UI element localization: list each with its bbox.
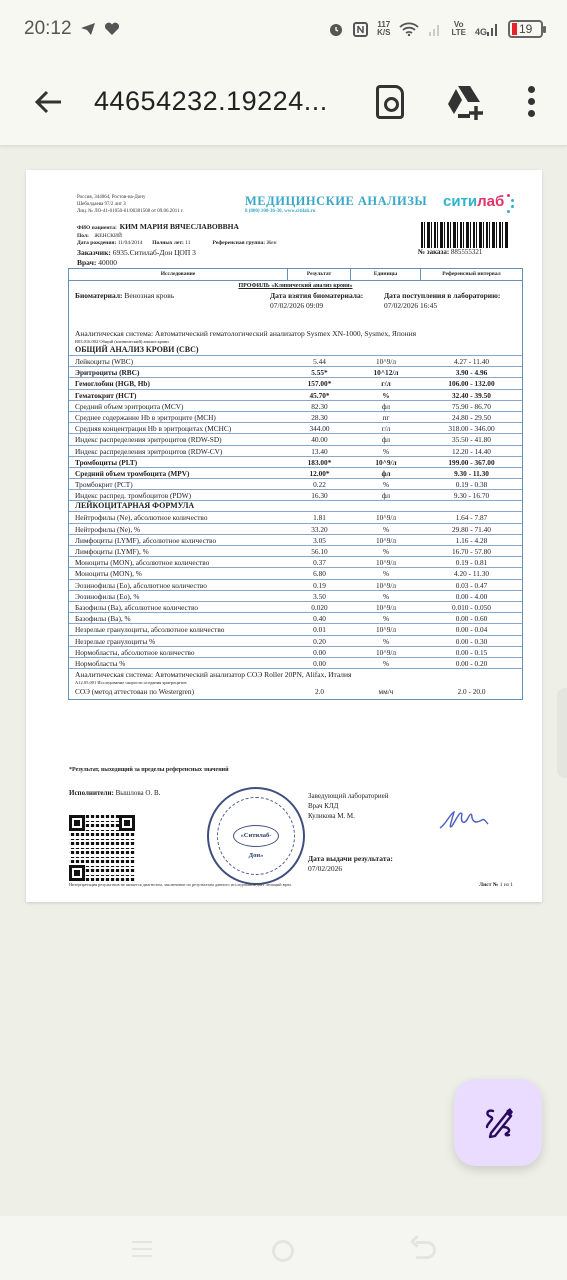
test-unit: фл — [351, 434, 421, 444]
test-name: Средний объем тромбоцита (MPV) — [69, 468, 288, 478]
test-ref-range: 75.90 - 86.70 — [421, 401, 522, 411]
table-row: Нейтрофилы (Ne), абсолютное количество1.… — [69, 511, 522, 522]
alarm-icon — [328, 21, 344, 37]
volte-indicator: VoLTE — [451, 21, 466, 37]
app-bar: 44654232.19224... — [0, 58, 567, 146]
test-ref-range: 4.27 - 11.40 — [421, 356, 522, 366]
test-unit: 10^9/л — [351, 356, 421, 366]
test-ref-range: 9.30 - 11.30 — [421, 468, 522, 478]
table-row: Индекс распределения эритроцитов (RDW-CV… — [69, 445, 522, 456]
order-barcode — [421, 222, 509, 248]
lab-address: Россия, 344064, Ростов-на-Дону Шеболдаев… — [77, 194, 184, 215]
test-name: Индекс распред. тромбоцитов (PDW) — [69, 490, 288, 500]
table-row: Средний объем тромбоцита (MPV)12.00*фл9.… — [69, 467, 522, 478]
test-name: Нормобласты % — [69, 658, 288, 668]
test-ref-range: 1.64 - 7.87 — [421, 512, 522, 522]
clock: 20:12 — [24, 18, 72, 40]
test-name: Нейтрофилы (Ne), абсолютное количество — [69, 512, 288, 522]
test-unit: фл — [351, 468, 421, 478]
test-name: Тромбокрит (PCT) — [69, 479, 288, 489]
edit-draw-icon — [483, 1107, 513, 1139]
home-circle-icon[interactable] — [272, 1240, 294, 1262]
lab-stamp: «Ситилаб-Дон» — [207, 787, 305, 885]
test-ref-range: 3.90 - 4.96 — [421, 367, 522, 377]
table-row: Эозинофилы (Eo), абсолютное количество0.… — [69, 579, 522, 590]
status-bar: 20:12 117K/S VoLTE 4G 19 — [0, 0, 567, 58]
find-in-document-icon[interactable] — [376, 85, 404, 119]
test-ref-range: 106.00 - 132.00 — [421, 378, 522, 388]
table-row: Лимфоциты (LYMF), %56.10%16.70 - 57.80 — [69, 545, 522, 556]
test-ref-range: 0.00 - 0.04 — [421, 624, 522, 634]
wifi-icon — [399, 22, 419, 36]
test-unit: % — [351, 390, 421, 400]
test-ref-range: 0.00 - 0.15 — [421, 647, 522, 657]
table-row: Моноциты (MON), абсолютное количество0.3… — [69, 556, 522, 567]
test-ref-range: 0.00 - 0.60 — [421, 613, 522, 623]
test-result: 6.80 — [288, 568, 351, 578]
test-result: 45.70* — [288, 390, 351, 400]
executors: Исполнители: Вышлова О. В. — [69, 789, 160, 797]
analytic-system: Аналитическая система: Автоматический ге… — [69, 329, 522, 338]
test-ref-range: 9.30 - 16.70 — [421, 490, 522, 500]
test-unit: % — [351, 568, 421, 578]
test-result: 0.020 — [288, 602, 351, 612]
table-header: Исследование Результат Единицы Референсн… — [69, 269, 522, 281]
test-name: Нормобласты, абсолютное количество — [69, 647, 288, 657]
test-unit: пг — [351, 412, 421, 422]
test-ref-range: 0.00 - 0.20 — [421, 658, 522, 668]
system-nav-bar — [0, 1216, 567, 1280]
table-row: Индекс распределения эритроцитов (RDW-SD… — [69, 433, 522, 444]
test-ref-range: 0.00 - 4.00 — [421, 591, 522, 601]
test-unit: г/л — [351, 423, 421, 433]
test-name: Лимфоциты (LYMF), абсолютное количество — [69, 535, 288, 545]
document-title: 44654232.19224... — [94, 86, 328, 117]
test-name: Среднее содержание Hb в эритроците (MCH) — [69, 412, 288, 422]
table-row: Лимфоциты (LYMF), абсолютное количество3… — [69, 534, 522, 545]
add-to-drive-icon[interactable] — [446, 84, 486, 120]
test-result: 82.30 — [288, 401, 351, 411]
test-name: Эозинофилы (Eo), абсолютное количество — [69, 580, 288, 590]
test-name: Индекс распределения эритроцитов (RDW-CV… — [69, 446, 288, 456]
section-leuko: ЛЕЙКОЦИТАРНАЯ ФОРМУЛА — [69, 500, 522, 511]
citilab-logo: ситилаб — [443, 193, 504, 210]
biomaterial-info: Биоматериал: Венозная кровь Дата взятия … — [69, 291, 522, 329]
test-ref-range: 4.20 - 11.30 — [421, 568, 522, 578]
test-ref-range: 16.70 - 57.80 — [421, 546, 522, 556]
table-row: Моноциты (MON), %6.80%4.20 - 11.30 — [69, 567, 522, 578]
test-result: 5.44 — [288, 356, 351, 366]
table-row: Гематокрит (HCT)45.70*%32.40 - 39.50 — [69, 389, 522, 400]
heart-icon — [104, 22, 120, 36]
test-name: Гематокрит (HCT) — [69, 390, 288, 400]
test-result: 0.20 — [288, 636, 351, 646]
test-result: 3.50 — [288, 591, 351, 601]
test-unit: 10^9/л — [351, 602, 421, 612]
test-result: 3.05 — [288, 535, 351, 545]
test-ref-range: 0.19 - 0.38 — [421, 479, 522, 489]
analytic-system-esr: Аналитическая система: Автоматический ан… — [69, 670, 522, 679]
test-unit: % — [351, 446, 421, 456]
test-unit: г/л — [351, 378, 421, 388]
brand-header: МЕДИЦИНСКИЕ АНАЛИЗЫ 8 (800) 100-36-30, w… — [245, 194, 427, 214]
results-table: Исследование Результат Единицы Референсн… — [68, 268, 523, 700]
qr-code — [69, 815, 135, 881]
test-result: 40.00 — [288, 434, 351, 444]
test-unit: 10^9/л — [351, 535, 421, 545]
profile-title: ПРОФИЛЬ «Клинический анализ крови» — [69, 281, 522, 291]
test-result: 28.30 — [288, 412, 351, 422]
lab-chief: Заведующий лабораторией Врач КЛД Куликов… — [308, 791, 388, 821]
signal-icon — [428, 22, 442, 36]
test-ref-range: 12.20 - 14.40 — [421, 446, 522, 456]
test-unit: 10^12/л — [351, 367, 421, 377]
test-result: 157.00* — [288, 378, 351, 388]
back-icon[interactable] — [416, 1241, 436, 1259]
test-result: 0.37 — [288, 557, 351, 567]
test-result: 0.19 — [288, 580, 351, 590]
test-result: 183.00* — [288, 457, 351, 467]
table-row: Эозинофилы (Eo), %3.50%0.00 - 4.00 — [69, 590, 522, 601]
test-result: 33.20 — [288, 524, 351, 534]
table-row: Лейкоциты (WBC)5.4410^9/л4.27 - 11.40 — [69, 355, 522, 366]
nfc-icon — [353, 22, 368, 37]
telegram-icon — [80, 22, 96, 36]
table-row: Тромбоциты (PLT)183.00*10^9/л199.00 - 36… — [69, 456, 522, 467]
analytic-code-esr: A12.05.001 Исследование скорости оседани… — [69, 679, 522, 686]
table-row: Индекс распред. тромбоцитов (PDW)16.30фл… — [69, 489, 522, 500]
test-name: Лейкоциты (WBC) — [69, 356, 288, 366]
test-name: Эритроциты (RBC) — [69, 367, 288, 377]
test-name: Незрелые гранулоциты, абсолютное количес… — [69, 624, 288, 634]
section-cbc: ОБЩИЙ АНАЛИЗ КРОВИ (CBC) — [69, 345, 522, 355]
table-row: Незрелые гранулоциты, абсолютное количес… — [69, 623, 522, 634]
pdf-page: Россия, 344064, Ростов-на-Дону Шеболдаев… — [26, 170, 542, 902]
test-unit: % — [351, 658, 421, 668]
test-result: 13.40 — [288, 446, 351, 456]
more-vert-icon[interactable] — [528, 86, 536, 122]
test-unit: % — [351, 524, 421, 534]
test-ref-range: 0.19 - 0.81 — [421, 557, 522, 567]
test-unit: % — [351, 546, 421, 556]
test-name: Нейтрофилы (Ne), % — [69, 524, 288, 534]
test-name: Средний объем эритроцита (MCV) — [69, 401, 288, 411]
test-result: 0.00 — [288, 647, 351, 657]
logo-dots-icon — [507, 194, 515, 214]
test-name: Средняя концентрация Hb в эритроцитах (M… — [69, 423, 288, 433]
test-unit: % — [351, 636, 421, 646]
test-name: Базофилы (Ba), % — [69, 613, 288, 623]
test-unit: 10^9/л — [351, 457, 421, 467]
table-row: Средний объем эритроцита (MCV)82.30фл75.… — [69, 400, 522, 411]
test-result: 12.00* — [288, 468, 351, 478]
recents-menu-icon[interactable] — [132, 1241, 152, 1262]
network-speed: 117K/S — [377, 21, 390, 37]
table-row: Нормобласты, абсолютное количество0.0010… — [69, 646, 522, 657]
test-name: Гемоглобин (HGB, Hb) — [69, 378, 288, 388]
test-unit: 10^9/л — [351, 557, 421, 567]
esr-block: Аналитическая система: Автоматический ан… — [69, 668, 522, 699]
issue-date: Дата выдачи результата:07/02/2026 — [308, 854, 393, 874]
test-ref-range: 29.80 - 71.40 — [421, 524, 522, 534]
test-unit: % — [351, 613, 421, 623]
test-ref-range: 318.00 - 346.00 — [421, 423, 522, 433]
signature — [438, 806, 490, 836]
back-arrow-icon[interactable] — [28, 89, 68, 115]
test-name: Моноциты (MON), абсолютное количество — [69, 557, 288, 567]
test-result: 1.81 — [288, 512, 351, 522]
out-of-range-note: *Результат, выходящий за пределы референ… — [69, 767, 229, 773]
test-ref-range: 35.50 - 41.80 — [421, 434, 522, 444]
test-unit: 10^9/л — [351, 624, 421, 634]
test-result: 5.55* — [288, 367, 351, 377]
test-name: Эозинофилы (Eo), % — [69, 591, 288, 601]
patient-info: ФИО пациента: КИМ МАРИЯ ВЯЧЕСЛАВОВВНА По… — [77, 223, 277, 268]
table-row: Средняя концентрация Hb в эритроцитах (M… — [69, 422, 522, 433]
footer-disclaimer: Интерпретация результатов не является ди… — [69, 882, 292, 887]
test-unit: 10^9/л — [351, 580, 421, 590]
signal-4g: 4G — [475, 22, 499, 36]
test-unit: 10^9/л — [351, 647, 421, 657]
test-ref-range: 199.00 - 367.00 — [421, 457, 522, 467]
test-name: Моноциты (MON), % — [69, 568, 288, 578]
table-row: Базофилы (Ba), абсолютное количество0.02… — [69, 601, 522, 612]
table-row: Нейтрофилы (Ne), %33.20%29.80 - 71.40 — [69, 523, 522, 534]
test-ref-range: 0.03 - 0.47 — [421, 580, 522, 590]
test-result: 0.01 — [288, 624, 351, 634]
test-name: Базофилы (Ba), абсолютное количество — [69, 602, 288, 612]
analytic-code: B03.016.002 Общий (клинический) анализ к… — [69, 338, 522, 345]
test-unit: % — [351, 479, 421, 489]
test-ref-range: 32.40 - 39.50 — [421, 390, 522, 400]
test-ref-range: 24.80 - 29.50 — [421, 412, 522, 422]
test-result: 56.10 — [288, 546, 351, 556]
test-unit: фл — [351, 490, 421, 500]
table-row: Эритроциты (RBC)5.55*10^12/л3.90 - 4.96 — [69, 366, 522, 377]
table-row: СОЭ (метод аттестован по Westergren) 2.0… — [69, 686, 522, 699]
signal-bars-icon — [487, 22, 499, 36]
order-number: № заказа: 885555321 — [418, 248, 482, 256]
table-row: Среднее содержание Hb в эритроците (MCH)… — [69, 411, 522, 422]
table-row: Незрелые гранулоциты %0.20%0.00 - 0.30 — [69, 635, 522, 646]
test-result: 16.30 — [288, 490, 351, 500]
sheet-number: Лист № 1 из 1 — [479, 882, 513, 888]
test-name: Тромбоциты (PLT) — [69, 457, 288, 467]
battery-icon: 19 — [508, 20, 543, 38]
table-row: Тромбокрит (PCT)0.22%0.19 - 0.38 — [69, 478, 522, 489]
table-row: Нормобласты %0.00%0.00 - 0.20 — [69, 657, 522, 668]
test-result: 0.22 — [288, 479, 351, 489]
test-name: Индекс распределения эритроцитов (RDW-SD… — [69, 434, 288, 444]
test-name: Лимфоциты (LYMF), % — [69, 546, 288, 556]
test-unit: % — [351, 591, 421, 601]
test-name: Незрелые гранулоциты % — [69, 636, 288, 646]
table-row: Гемоглобин (HGB, Hb)157.00*г/л106.00 - 1… — [69, 377, 522, 388]
test-unit: 10^9/л — [351, 512, 421, 522]
test-ref-range: 0.010 - 0.050 — [421, 602, 522, 612]
scrollbar-handle[interactable] — [557, 688, 567, 778]
test-result: 0.40 — [288, 613, 351, 623]
test-ref-range: 1.16 - 4.28 — [421, 535, 522, 545]
test-result: 344.00 — [288, 423, 351, 433]
annotate-fab-button[interactable] — [454, 1079, 542, 1166]
test-unit: фл — [351, 401, 421, 411]
test-result: 0.00 — [288, 658, 351, 668]
table-row: Базофилы (Ba), %0.40%0.00 - 0.60 — [69, 612, 522, 623]
test-ref-range: 0.00 - 0.30 — [421, 636, 522, 646]
